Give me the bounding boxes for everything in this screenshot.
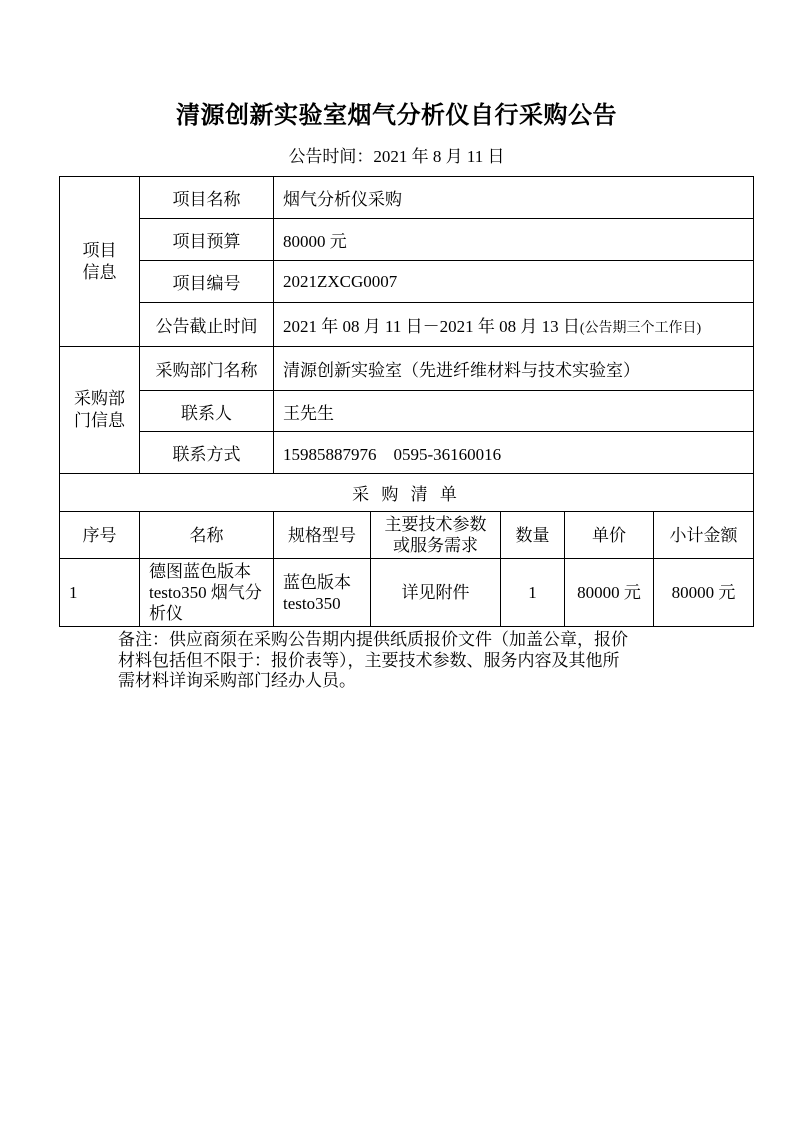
contact-info-value: 15985887976 0595-36160016 <box>274 432 754 474</box>
table-row: 采 购 清 单 <box>60 474 754 512</box>
deadline-value: 2021 年 08 月 11 日－2021 年 08 月 13 日(公告期三个工… <box>274 303 754 347</box>
contact-person-label: 联系人 <box>140 391 274 432</box>
item-seq: 1 <box>60 559 140 627</box>
item-model: 蓝色版本testo350 <box>274 559 371 627</box>
item-tech-specs: 详见附件 <box>371 559 501 627</box>
item-subtotal: 80000 元 <box>654 559 754 627</box>
contact-person-value: 王先生 <box>274 391 754 432</box>
page-title: 清源创新实验室烟气分析仪自行采购公告 <box>0 0 793 131</box>
department-name-label: 采购部门名称 <box>140 347 274 391</box>
table-row: 项目预算 80000 元 <box>60 219 754 261</box>
header-seq: 序号 <box>60 512 140 559</box>
project-name-value: 烟气分析仪采购 <box>274 177 754 219</box>
table-row: 采购部 门信息 采购部门名称 清源创新实验室（先进纤维材料与技术实验室） <box>60 347 754 391</box>
department-name-value: 清源创新实验室（先进纤维材料与技术实验室） <box>274 347 754 391</box>
contact-info-label: 联系方式 <box>140 432 274 474</box>
document-page: 清源创新实验室烟气分析仪自行采购公告 公告时间：2021 年 8 月 11 日 … <box>0 0 793 1122</box>
department-info-group-label: 采购部 门信息 <box>60 347 140 474</box>
table-header-row: 序号 名称 规格型号 主要技术参数 或服务需求 数量 单价 小计金额 <box>60 512 754 559</box>
project-number-value: 2021ZXCG0007 <box>274 261 754 303</box>
table-row: 项目编号 2021ZXCG0007 <box>60 261 754 303</box>
note: 备注：供应商须在采购公告期内提供纸质报价文件（加盖公章，报价 材料包括但不限于：… <box>118 630 698 692</box>
header-tech-specs: 主要技术参数 或服务需求 <box>371 512 501 559</box>
header-name: 名称 <box>140 512 274 559</box>
header-unit-price: 单价 <box>565 512 654 559</box>
header-subtotal: 小计金额 <box>654 512 754 559</box>
table-row: 联系方式 15985887976 0595-36160016 <box>60 432 754 474</box>
project-name-label: 项目名称 <box>140 177 274 219</box>
item-name: 德图蓝色版本testo350 烟气分析仪 <box>140 559 274 627</box>
announce-time: 公告时间：2021 年 8 月 11 日 <box>0 146 793 168</box>
deadline-paren-note: (公告期三个工作日) <box>580 321 701 336</box>
table-row: 1 德图蓝色版本testo350 烟气分析仪 蓝色版本testo350 详见附件… <box>60 559 754 627</box>
project-info-group-label: 项目 信息 <box>60 177 140 347</box>
item-unit-price: 80000 元 <box>565 559 654 627</box>
item-quantity: 1 <box>501 559 565 627</box>
table-row: 公告截止时间 2021 年 08 月 11 日－2021 年 08 月 13 日… <box>60 303 754 347</box>
project-budget-label: 项目预算 <box>140 219 274 261</box>
project-number-label: 项目编号 <box>140 261 274 303</box>
deadline-label: 公告截止时间 <box>140 303 274 347</box>
project-budget-value: 80000 元 <box>274 219 754 261</box>
table-row: 联系人 王先生 <box>60 391 754 432</box>
deadline-dates: 2021 年 08 月 11 日－2021 年 08 月 13 日 <box>283 317 580 336</box>
header-quantity: 数量 <box>501 512 565 559</box>
header-model: 规格型号 <box>274 512 371 559</box>
table-row: 项目 信息 项目名称 烟气分析仪采购 <box>60 177 754 219</box>
purchase-list-title: 采 购 清 单 <box>60 474 754 512</box>
procurement-table: 项目 信息 项目名称 烟气分析仪采购 项目预算 80000 元 项目编号 202… <box>59 176 754 627</box>
